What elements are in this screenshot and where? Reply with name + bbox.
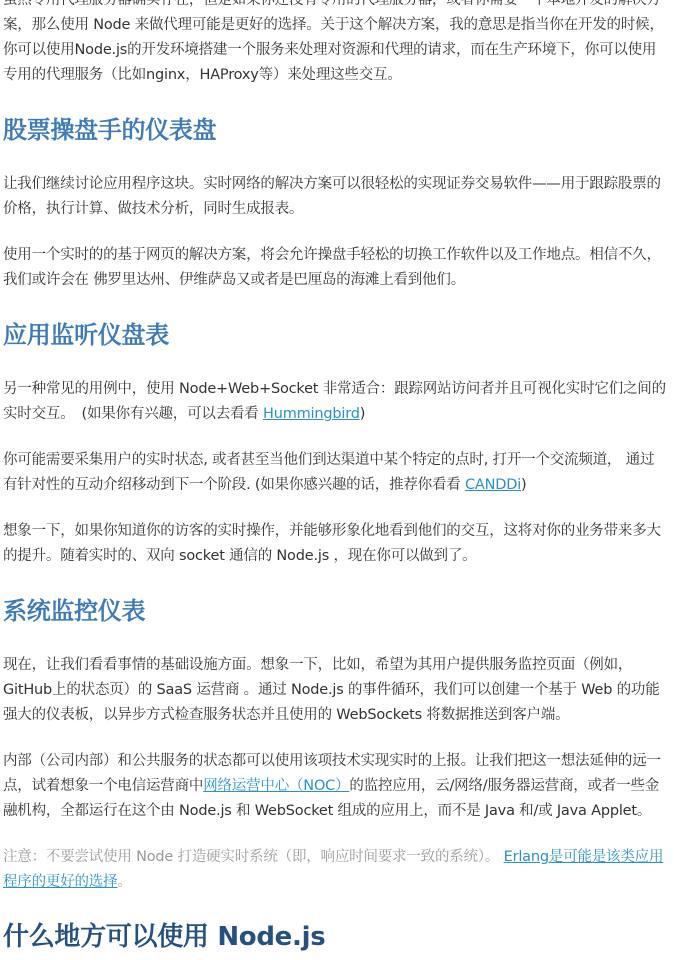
noc-link[interactable]: 网络运营中心（NOC） [203, 778, 349, 794]
note-text: 。 [117, 874, 131, 890]
paragraph-stock-2: 使用一个实时的的基于网页的解决方案，将会允许操盘手轻松的切换工作软件以及工作地点… [3, 243, 667, 293]
heading-system-monitoring-dashboard: 系统监控仪表 [3, 595, 667, 627]
paragraph-text: 你可能需要采集用户的实时状态, 或者甚至当他们到达渠道中某个特定的点时, 打开一… [3, 452, 654, 493]
paragraph-text: ) [360, 406, 365, 422]
paragraph-stock-1: 让我们继续讨论应用程序这块。实时网络的解决方案可以很轻松的实现证券交易软件——用… [3, 172, 667, 222]
paragraph-text: ) [521, 477, 526, 493]
heading-where-to-use-nodejs: 什么地方可以使用 Node.js [3, 921, 667, 953]
paragraph-app-monitor-1: 另一种常见的用例中，使用 Node+Web+Socket 非常适合：跟踪网站访问… [3, 377, 667, 427]
hummingbird-link[interactable]: Hummingbird [263, 406, 360, 422]
heading-stock-trader-dashboard: 股票操盘手的仪表盘 [3, 114, 667, 146]
note-text: 注意：不要尝试使用 Node 打造硬实时系统（即，响应时间要求一致的系统）。 [3, 849, 504, 865]
paragraph-app-monitor-3: 想象一下，如果你知道你的访客的实时操作，并能够形象化地看到他们的交互，这将对你的… [3, 519, 667, 569]
paragraph-system-monitor-1: 现在，让我们看看事情的基础设施方面。想象一下，比如，希望为其用户提供服务监控页面… [3, 653, 667, 728]
canddi-link[interactable]: CANDDi [465, 477, 521, 493]
article-body: 虽然专用代理服务器确实存在，但是如果你还没有专用的代理服务器，或者你需要一个本地… [3, 0, 667, 953]
heading-app-monitoring-dashboard: 应用监听仪盘表 [3, 319, 667, 351]
intro-paragraph: 虽然专用代理服务器确实存在，但是如果你还没有专用的代理服务器，或者你需要一个本地… [3, 0, 667, 88]
paragraph-app-monitor-2: 你可能需要采集用户的实时状态, 或者甚至当他们到达渠道中某个特定的点时, 打开一… [3, 448, 667, 498]
note-paragraph: 注意：不要尝试使用 Node 打造硬实时系统（即，响应时间要求一致的系统）。 E… [3, 845, 667, 895]
paragraph-system-monitor-2: 内部（公司内部）和公共服务的状态都可以使用该项技术实现实时的上报。让我们把这一想… [3, 749, 667, 824]
